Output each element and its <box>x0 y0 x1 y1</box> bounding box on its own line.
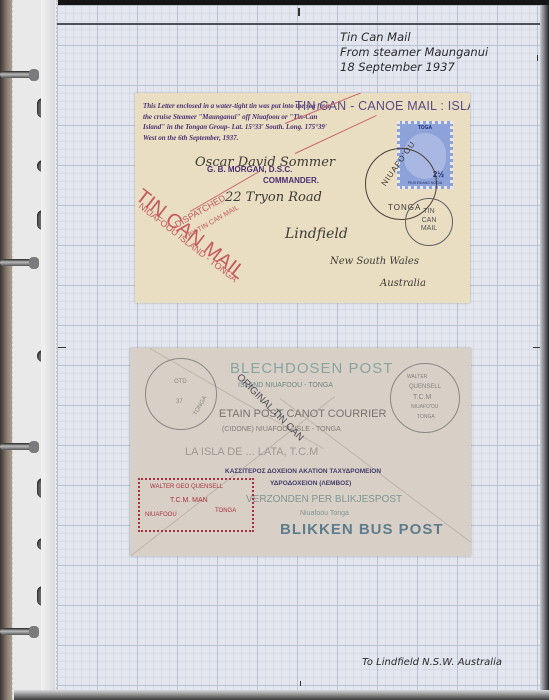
left-postmark: OTD 37 TONGA <box>145 358 217 430</box>
heading-line: Tin Can Mail <box>340 30 488 45</box>
page-heading-notes: Tin Can Mail From steamer Maunganui 18 S… <box>340 30 488 75</box>
frame-line-1: WALTER GEO QUENSELL <box>150 484 223 490</box>
bottom-center-tick <box>300 681 301 686</box>
cachet-line-location: Niuafoou Tonga <box>300 510 349 517</box>
cachet-line-greek: ΥΔΡΟΔΟΧΕΙΟΝ (ΛΕΜΒΟΣ) <box>270 480 351 487</box>
punch-hole <box>37 586 49 606</box>
page-top-rule <box>57 23 542 25</box>
address-country: Australia <box>380 278 426 289</box>
stamp-country: TOGA <box>400 125 450 131</box>
cachet-line: LA ISLA DE ... LATA, T.C.M <box>185 446 318 458</box>
punch-hole <box>37 350 49 362</box>
postmark-bottom: TONGA <box>193 395 209 416</box>
binder-ring-cap <box>29 626 39 638</box>
binder-ring-cap <box>29 257 39 269</box>
punch-hole <box>37 478 49 498</box>
sleeve-bottom-edge <box>14 690 549 700</box>
mark-line: MAIL <box>406 225 452 234</box>
address-street: 22 Tryon Road <box>225 190 322 205</box>
page-right-edge <box>540 5 549 700</box>
front-cover: This Letter enclosed in a water-tight ti… <box>135 93 470 303</box>
heading-line: 18 September 1937 <box>340 60 488 75</box>
address-suburb: Lindfield <box>285 226 348 242</box>
binder-ring-cap <box>29 441 39 453</box>
postmark-top: OTD <box>174 379 187 385</box>
postmark-line: T.C.M <box>413 394 431 401</box>
signature-title: COMMANDER. <box>263 176 319 185</box>
frame-right: TONGA <box>215 508 236 514</box>
frame-line-2: T.C.M. MAN <box>170 497 208 504</box>
punch-hole <box>37 538 49 550</box>
right-postmark: WALTER QUENSELL T.C.M NIUAFO'OU TONGA <box>390 363 460 433</box>
page-footer-note: To Lindfield N.S.W. Australia <box>362 657 502 668</box>
center-tick <box>298 8 300 16</box>
punch-hole <box>37 98 49 118</box>
postmark-line: TONGA <box>417 414 435 420</box>
postmark-line: WALTER <box>407 374 427 380</box>
back-cover: OTD 37 TONGA WALTER QUENSELL T.C.M NIUAF… <box>130 348 471 556</box>
cachet-line-greek: ΚΑΣΣΙΤΕΡΟΣ ΔΟΧΕΙΟΝ ΑΚΑΤΙΟΝ ΤΑΧΥΔΡΟΜΕΙΟΝ <box>225 468 381 475</box>
left-margin-tick <box>58 347 66 348</box>
frame-left: NIUAFOOU <box>145 512 177 518</box>
tcm-man-red-frame: WALTER GEO QUENSELL T.C.M. MAN NIUAFOOU … <box>138 478 254 532</box>
tin-can-mail-mark: TIN CAN MAIL <box>405 198 453 246</box>
tin-can-canoe-cachet: TIN CAN - CANOE MAIL : ISLAND <box>295 99 470 113</box>
tin-can-mail-text: TIN CAN MAIL <box>406 208 452 234</box>
heading-line: From steamer Maunganui <box>340 45 488 60</box>
address-name: Oscar David Sommer <box>195 155 335 170</box>
postmark-line: QUENSELL <box>409 384 441 390</box>
punch-hole <box>37 210 49 230</box>
mark-line: TIN <box>406 208 452 217</box>
sleeve-punch-strip <box>12 0 58 700</box>
cachet-line-dutch: VERZONDEN PER BLIKJESPOST <box>246 494 402 505</box>
binder-ring-cap <box>29 69 39 81</box>
cachet-line: ETAIN POST CANOT COURRIER <box>219 408 386 420</box>
address-state: New South Wales <box>330 256 419 267</box>
cachet-line-blikken: BLIKKEN BUS POST <box>280 521 444 538</box>
postmark-year: 37 <box>176 399 183 405</box>
cachet-line: BLECHDOSEN POST <box>230 360 393 377</box>
postmark-line: NIUAFO'OU <box>411 404 438 410</box>
mark-line: CAN <box>406 217 452 226</box>
punch-hole <box>37 160 49 172</box>
right-edge-tick <box>537 55 538 61</box>
